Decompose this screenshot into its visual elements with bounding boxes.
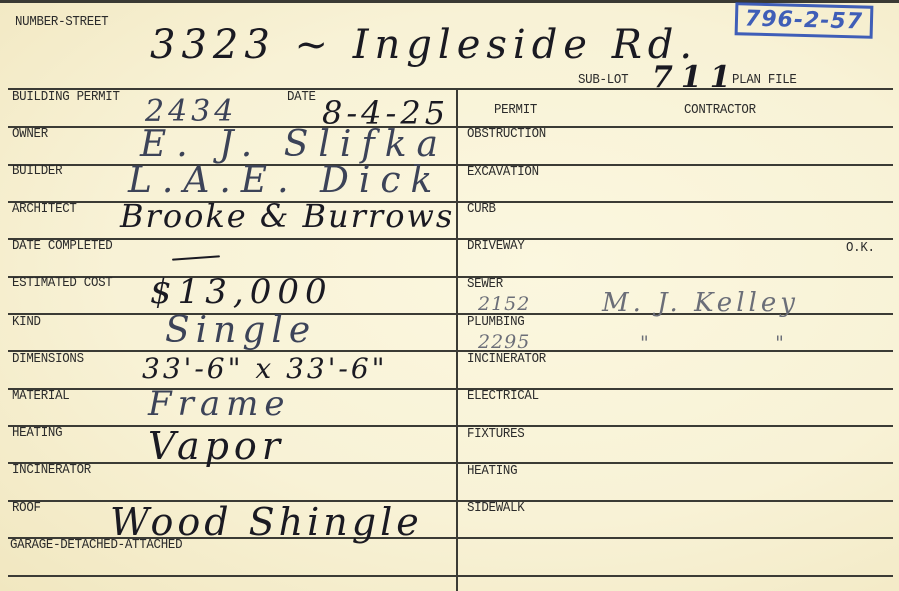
- date-completed-label: DATE COMPLETED: [12, 239, 112, 254]
- rule: [8, 88, 893, 90]
- heating-value: Vapor: [148, 424, 285, 468]
- kind-value: Single: [165, 310, 316, 351]
- sewer-permit-number: 2152: [478, 293, 530, 315]
- column-divider: [456, 88, 458, 591]
- permit-obstruction-label: OBSTRUCTION: [467, 127, 546, 142]
- driveway-note: O.K.: [846, 241, 875, 256]
- permit-card: 796-2-57 NUMBER-STREET 3323 ~ Ingleside …: [0, 0, 899, 591]
- plan-file-label: PLAN FILE: [732, 73, 797, 88]
- permit-column-header: PERMIT: [494, 103, 537, 118]
- kind-label: KIND: [12, 315, 41, 330]
- rule: [8, 388, 893, 390]
- sewer-contractor: M. J. Kelley: [602, 288, 799, 318]
- number-street-value: 3323 ~ Ingleside Rd.: [150, 22, 698, 68]
- dimensions-value: 33'-6" x 33'-6": [142, 352, 388, 385]
- permit-heating-label: HEATING: [467, 464, 517, 479]
- permit-incinerator-label: INCINERATOR: [467, 352, 546, 367]
- permit-fixtures-label: FIXTURES: [467, 427, 524, 442]
- rule: [8, 238, 893, 240]
- owner-value: E. J. Slifka: [140, 124, 448, 165]
- date-label: DATE: [287, 90, 316, 105]
- rule: [8, 575, 893, 577]
- rule: [8, 276, 893, 278]
- plumbing-contractor: " ": [640, 332, 790, 354]
- material-value: Frame: [148, 384, 290, 424]
- permit-plumbing-label: PLUMBING: [467, 315, 524, 330]
- builder-value: L.A.E. Dick: [128, 160, 442, 201]
- builder-label: BUILDER: [12, 164, 62, 179]
- contractor-column-header: CONTRACTOR: [684, 103, 756, 118]
- permit-curb-label: CURB: [467, 202, 496, 217]
- incinerator-label: INCINERATOR: [12, 463, 91, 478]
- rule: [8, 462, 893, 464]
- heating-label: HEATING: [12, 426, 62, 441]
- architect-label: ARCHITECT: [12, 202, 77, 217]
- sub-lot-label: SUB-LOT: [578, 73, 628, 88]
- record-number-stamp: 796-2-57: [735, 2, 874, 39]
- estimated-cost-value: $13,000: [150, 272, 333, 312]
- permit-electrical-label: ELECTRICAL: [467, 389, 539, 404]
- architect-value: Brooke & Burrows: [120, 197, 454, 235]
- dimensions-label: DIMENSIONS: [12, 352, 84, 367]
- building-permit-label: BUILDING PERMIT: [12, 90, 120, 105]
- garage-label: GARAGE-DETACHED-ATTACHED: [10, 538, 182, 553]
- owner-label: OWNER: [12, 127, 48, 142]
- permit-excavation-label: EXCAVATION: [467, 165, 539, 180]
- date-completed-dash: [172, 255, 220, 260]
- permit-driveway-label: DRIVEWAY: [467, 239, 524, 254]
- permit-sewer-label: SEWER: [467, 277, 503, 292]
- number-street-label: NUMBER-STREET: [15, 15, 108, 30]
- rule: [8, 425, 893, 427]
- estimated-cost-label: ESTIMATED COST: [12, 276, 112, 291]
- roof-label: ROOF: [12, 501, 41, 516]
- plumbing-permit-number: 2295: [478, 331, 530, 353]
- material-label: MATERIAL: [12, 389, 69, 404]
- permit-sidewalk-label: SIDEWALK: [467, 501, 524, 516]
